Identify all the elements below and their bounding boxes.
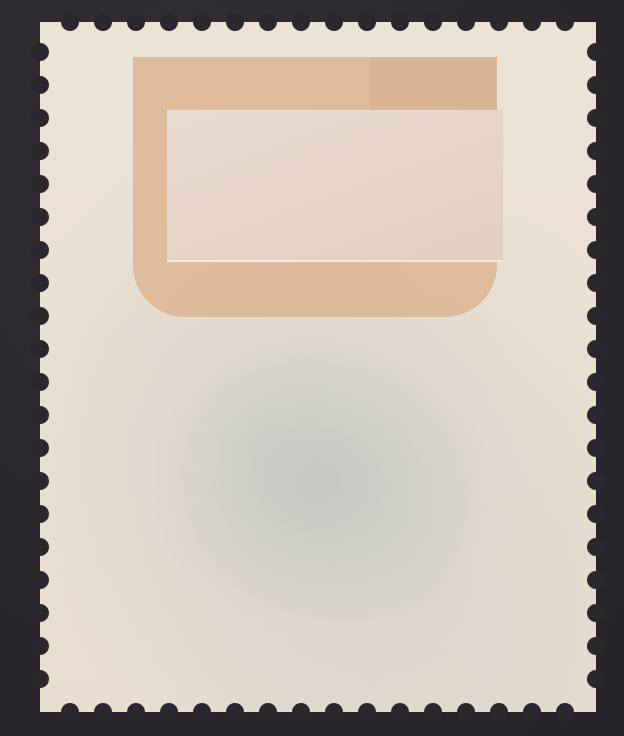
perforation-hole xyxy=(127,13,145,31)
perforation-hole xyxy=(94,13,112,31)
perforation-hole xyxy=(31,142,49,160)
perforation-hole xyxy=(31,340,49,358)
perforation-hole xyxy=(31,670,49,688)
perforation-hole xyxy=(587,208,605,226)
perforation-hole xyxy=(259,703,277,721)
perforation-hole xyxy=(31,604,49,622)
perforation-hole xyxy=(31,241,49,259)
stamp-back xyxy=(40,22,596,712)
perforation-hole xyxy=(424,13,442,31)
perforation-hole xyxy=(457,13,475,31)
perforation-hole xyxy=(587,43,605,61)
perforation-hole xyxy=(587,604,605,622)
perforation-hole xyxy=(325,13,343,31)
perforation-hole xyxy=(226,13,244,31)
perforation-hole xyxy=(587,637,605,655)
perforation-hole xyxy=(193,703,211,721)
perforation-hole xyxy=(587,373,605,391)
perforation-hole xyxy=(587,109,605,127)
perforation-hole xyxy=(587,340,605,358)
perforation-hole xyxy=(325,703,343,721)
hinge-flap xyxy=(370,57,497,117)
perforation-hole xyxy=(160,703,178,721)
perforation-hole xyxy=(31,637,49,655)
perforation-hole xyxy=(61,13,79,31)
perforation-hole xyxy=(31,505,49,523)
perforation-hole xyxy=(457,703,475,721)
perforation-hole xyxy=(424,703,442,721)
perforation-hole xyxy=(31,175,49,193)
perforation-hole xyxy=(127,703,145,721)
perforation-hole xyxy=(587,241,605,259)
perforation-hole xyxy=(259,13,277,31)
perforation-hole xyxy=(587,571,605,589)
perforation-hole xyxy=(193,13,211,31)
perforation-hole xyxy=(358,703,376,721)
perforation-hole xyxy=(31,109,49,127)
perforation-hole xyxy=(490,703,508,721)
perforation-hole xyxy=(31,208,49,226)
perforation-hole xyxy=(490,13,508,31)
hinge-fold xyxy=(167,110,503,262)
perforation-hole xyxy=(358,13,376,31)
perforation-hole xyxy=(31,571,49,589)
perforation-hole xyxy=(523,703,541,721)
perforation-hole xyxy=(292,703,310,721)
perforation-hole xyxy=(587,505,605,523)
perforation-hole xyxy=(31,538,49,556)
photo-scene xyxy=(0,0,624,736)
perforation-hole xyxy=(226,703,244,721)
perforation-hole xyxy=(587,142,605,160)
perforation-hole xyxy=(160,13,178,31)
perforation-hole xyxy=(31,373,49,391)
perforation-hole xyxy=(31,406,49,424)
perforation-hole xyxy=(391,13,409,31)
perforation-hole xyxy=(391,703,409,721)
perforation-hole xyxy=(94,703,112,721)
perforation-hole xyxy=(587,175,605,193)
perforation-hole xyxy=(292,13,310,31)
perforation-hole xyxy=(31,472,49,490)
perforation-hole xyxy=(31,43,49,61)
perforation-hole xyxy=(587,538,605,556)
perforation-hole xyxy=(587,274,605,292)
perforation-hole xyxy=(556,703,574,721)
perforation-hole xyxy=(31,439,49,457)
perforation-hole xyxy=(587,406,605,424)
show-through-design xyxy=(130,322,510,642)
perforation-hole xyxy=(587,76,605,94)
perforation-hole xyxy=(31,76,49,94)
perforation-hole xyxy=(523,13,541,31)
perforation-hole xyxy=(587,472,605,490)
perforation-hole xyxy=(587,670,605,688)
perforation-hole xyxy=(61,703,79,721)
perforation-hole xyxy=(587,439,605,457)
perforation-hole xyxy=(587,307,605,325)
perforation-hole xyxy=(556,13,574,31)
perforation-hole xyxy=(31,307,49,325)
perforation-hole xyxy=(31,274,49,292)
